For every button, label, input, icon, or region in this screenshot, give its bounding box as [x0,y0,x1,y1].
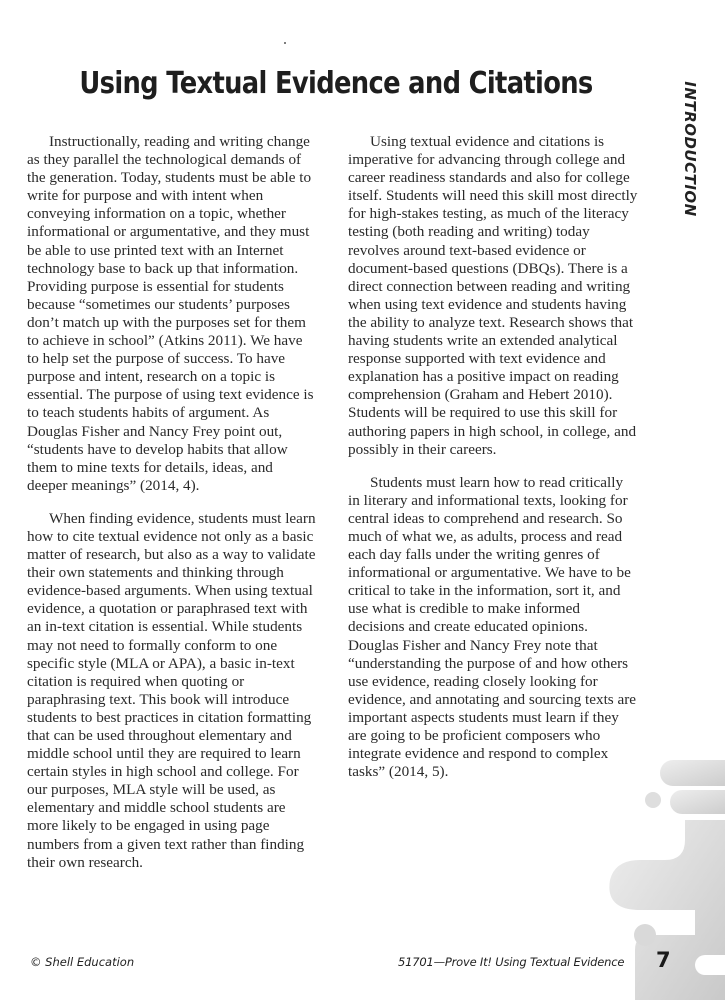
section-tab: INTRODUCTION [678,86,702,212]
section-tab-label: INTRODUCTION [681,81,699,216]
footer-book-title: 51701—Prove It! Using Textual Evidence [398,955,624,969]
paragraph: Instructionally, reading and writing cha… [27,133,317,495]
paragraph: When finding evidence, students must lea… [27,510,317,872]
right-column: Using textual evidence and citations is … [348,133,638,796]
footer-publisher: © Shell Education [30,955,134,969]
left-column: Instructionally, reading and writing cha… [27,133,317,887]
paragraph: Students must learn how to read critical… [348,474,638,782]
paragraph: Using textual evidence and citations is … [348,133,638,459]
document-page: Using Textual Evidence and Citations INT… [0,0,725,1000]
page-number: 7 [656,948,671,972]
scan-speck [284,42,286,44]
page-title: Using Textual Evidence and Citations [47,66,625,101]
